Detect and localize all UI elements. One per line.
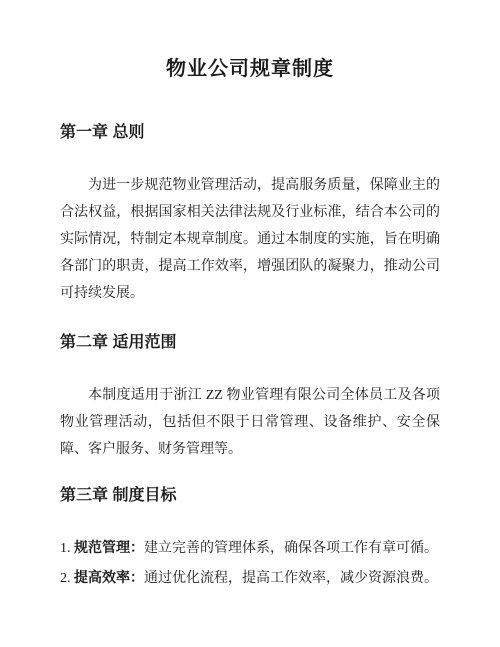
document-page: 物业公司规章制度 第一章 总则 为进一步规范物业管理活动，提高服务质量，保障业主… [0,0,500,647]
list-item: 2. 提高效率：通过优化流程，提高工作效率，减少资源浪费。 [60,565,440,592]
chapter-heading-2: 第二章 适用范围 [60,332,440,354]
document-title: 物业公司规章制度 [60,55,440,83]
list-item-text: 通过优化流程，提高工作效率，减少资源浪费。 [144,571,438,586]
list-item-label: 规范管理： [74,541,144,556]
chapter-heading-1: 第一章 总则 [60,122,440,144]
body-paragraph-2: 本制度适用于浙江 ZZ 物业管理有限公司全体员工及各项物业管理活动，包括但不限于… [60,382,440,463]
list-item: 1. 规范管理：建立完善的管理体系，确保各项工作有章可循。 [60,535,440,562]
list-item-number: 2. [60,571,71,586]
list-item-number: 1. [60,541,71,556]
chapter-heading-3: 第三章 制度目标 [60,485,440,507]
body-paragraph-1: 为进一步规范物业管理活动，提高服务质量，保障业主的合法权益，根据国家相关法律法规… [60,172,440,307]
list-item-text: 建立完善的管理体系，确保各项工作有章可循。 [144,541,438,556]
list-item-label: 提高效率： [74,571,144,586]
